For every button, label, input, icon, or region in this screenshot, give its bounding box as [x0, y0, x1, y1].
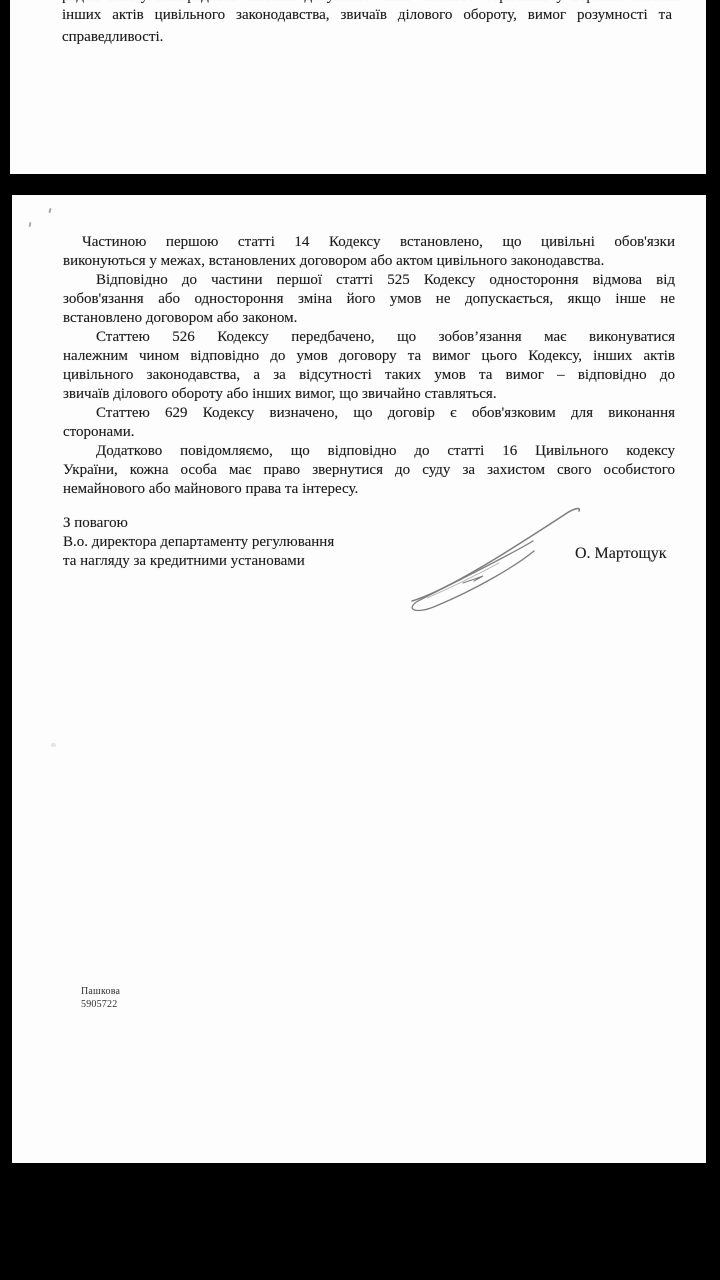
paragraph: Статтею 526 Кодексу передбачено, що зобо… [63, 328, 675, 404]
document-text-line: справедливості. [62, 26, 672, 48]
salutation: З повагою [63, 514, 443, 533]
signer-title-line1: В.о. директора департаменту регулювання [63, 533, 443, 552]
page-gap [0, 174, 720, 195]
scan-artifact [48, 208, 51, 213]
page1-lines: інших актів цивільного законодавства, зв… [62, 4, 672, 48]
paragraph: Відповідно до частини першої статті 525 … [63, 271, 675, 328]
scan-artifact [29, 222, 32, 227]
document-text-line: Додатково повідомляємо, що відповідно до… [63, 442, 675, 461]
paragraph: Статтею 629 Кодексу визначено, що догові… [63, 404, 675, 442]
document-text-line: встановлено договором або законом. [63, 309, 675, 328]
executor-name: Пашкова [81, 985, 120, 998]
letterbox-bottom [0, 1163, 720, 1280]
document-text-line: зобов'язання або одностороння зміна його… [63, 290, 675, 309]
document-text-line: звичаїв ділового обороту або інших вимог… [63, 385, 675, 404]
executor-note: Пашкова 5905722 [81, 985, 120, 1011]
document-text-line: Статтею 526 Кодексу передбачено, що зобо… [63, 328, 675, 347]
handwritten-signature [403, 501, 591, 617]
document-text-line: виконуються у межах, встановлених догово… [63, 252, 675, 271]
document-text-line: України, кожна особа має право звернутис… [63, 461, 675, 480]
document-text-line: Частиною першою статті 14 Кодексу встано… [63, 233, 675, 252]
document-text-line: Статтею 629 Кодексу визначено, що догові… [63, 404, 675, 423]
paragraph: Частиною першою статті 14 Кодексу встано… [63, 233, 675, 271]
document-text-line: немайнового або майнового права та інтер… [63, 480, 675, 499]
page2-paragraphs: Частиною першою статті 14 Кодексу встано… [63, 233, 675, 499]
signer-title-line2: та нагляду за кредитними установами [63, 552, 443, 571]
closing-block: З повагою В.о. директора департаменту ре… [63, 514, 443, 571]
executor-phone: 5905722 [81, 998, 120, 1011]
document-text-line: сторонами. [63, 423, 675, 442]
document-text-line: належним чином відповідно до умов догово… [63, 347, 675, 366]
signer-name: О. Мартощук [575, 545, 667, 563]
document-text-line: цивільного законодавства, а за відсутнос… [63, 366, 675, 385]
document-text-line: Відповідно до частини першої статті 525 … [63, 271, 675, 290]
scan-artifact [51, 743, 56, 747]
document-text-line: інших актів цивільного законодавства, зв… [62, 4, 672, 26]
paragraph: Додатково повідомляємо, що відповідно до… [63, 442, 675, 499]
document-page-previous: рядок тексту попередньої частини докумен… [10, 0, 706, 174]
document-page-current: Частиною першою статті 14 Кодексу встано… [12, 195, 706, 1163]
document-viewer: рядок тексту попередньої частини докумен… [0, 0, 720, 1280]
